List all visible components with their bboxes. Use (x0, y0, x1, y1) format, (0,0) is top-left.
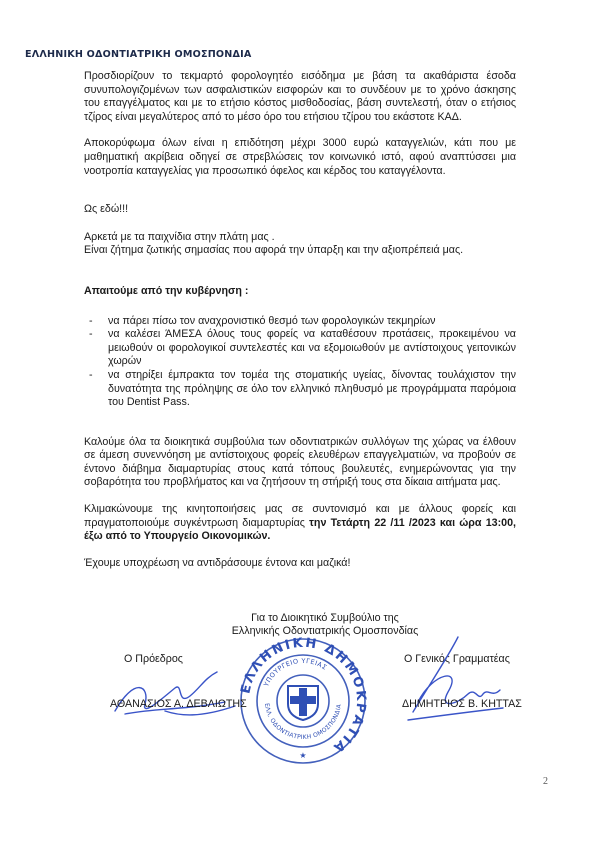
page-number: 2 (543, 776, 548, 787)
secretary-general-name: ΔΗΜΗΤΡΙΟΣ Β. ΚΗΤΤΑΣ (402, 698, 522, 710)
official-seal-icon: ΕΛΛΗΝΙΚΗ ΔΗΜΟΚΡΑΤΙΑ ΥΠΟΥΡΓΕΙΟ ΥΓΕΙΑΣ ΕΛΛ… (238, 636, 368, 766)
demand-item: να πάρει πίσω τον αναχρονιστικό θεσμό τω… (84, 315, 516, 329)
demand-item: να στηρίξει έμπρακτα τον τομέα της στομα… (84, 369, 516, 410)
paragraph-whistleblower-subsidy: Αποκορύφωμα όλων είναι η επιδότηση μέχρι… (84, 137, 516, 178)
letter-body: Προσδιορίζουν το τεκμαρτό φορολογητέο ει… (84, 70, 516, 570)
paragraph-protest-announcement: Κλιμακώνουμε της κινητοποιήσεις μας σε σ… (84, 503, 516, 544)
greek-coat-of-arms-icon (288, 686, 318, 720)
paragraph-call-to-associations: Καλούμε όλα τα διοικητικά συμβούλια των … (84, 436, 516, 490)
paragraph-closing: Έχουμε υποχρέωση να αντιδράσουμε έντονα … (84, 557, 516, 571)
paragraph-dignity: Αρκετά με τα παιχνίδια στην πλάτη μας . … (84, 231, 516, 258)
president-name: ΑΘΑΝΑΣΙΟΣ Α. ΔΕΒΛΙΩΤΗΣ (110, 698, 247, 710)
president-role: Ο Πρόεδρος (124, 653, 183, 665)
board-caption-line-1: Για το Διοικητικό Συμβούλιο της (210, 612, 440, 625)
paragraph-tax-presumption: Προσδιορίζουν το τεκμαρτό φορολογητέο ει… (84, 70, 516, 124)
organization-header: ΕΛΛΗΝΙΚΗ ΟΔΟΝΤΙΑΤΡΙΚΗ ΟΜΟΣΠΟΝΔΙΑ (25, 49, 252, 60)
secretary-signature-icon (388, 632, 508, 727)
president-signature-icon (105, 666, 245, 726)
demand-item: να καλέσει ΆΜΕΣΑ όλους τους φορείς να κα… (84, 328, 516, 369)
paragraph-enough: Ως εδώ!!! (84, 203, 516, 217)
paragraph-dignity-line-2: Είναι ζήτημα ζωτικής σημασίας που αφορά … (84, 244, 516, 258)
demands-list: να πάρει πίσω τον αναχρονιστικό θεσμό τω… (84, 315, 516, 410)
demands-heading: Απαιτούμε από την κυβέρνηση : (84, 285, 516, 299)
svg-text:★: ★ (299, 751, 306, 760)
paragraph-dignity-line-1: Αρκετά με τα παιχνίδια στην πλάτη μας . (84, 231, 516, 245)
